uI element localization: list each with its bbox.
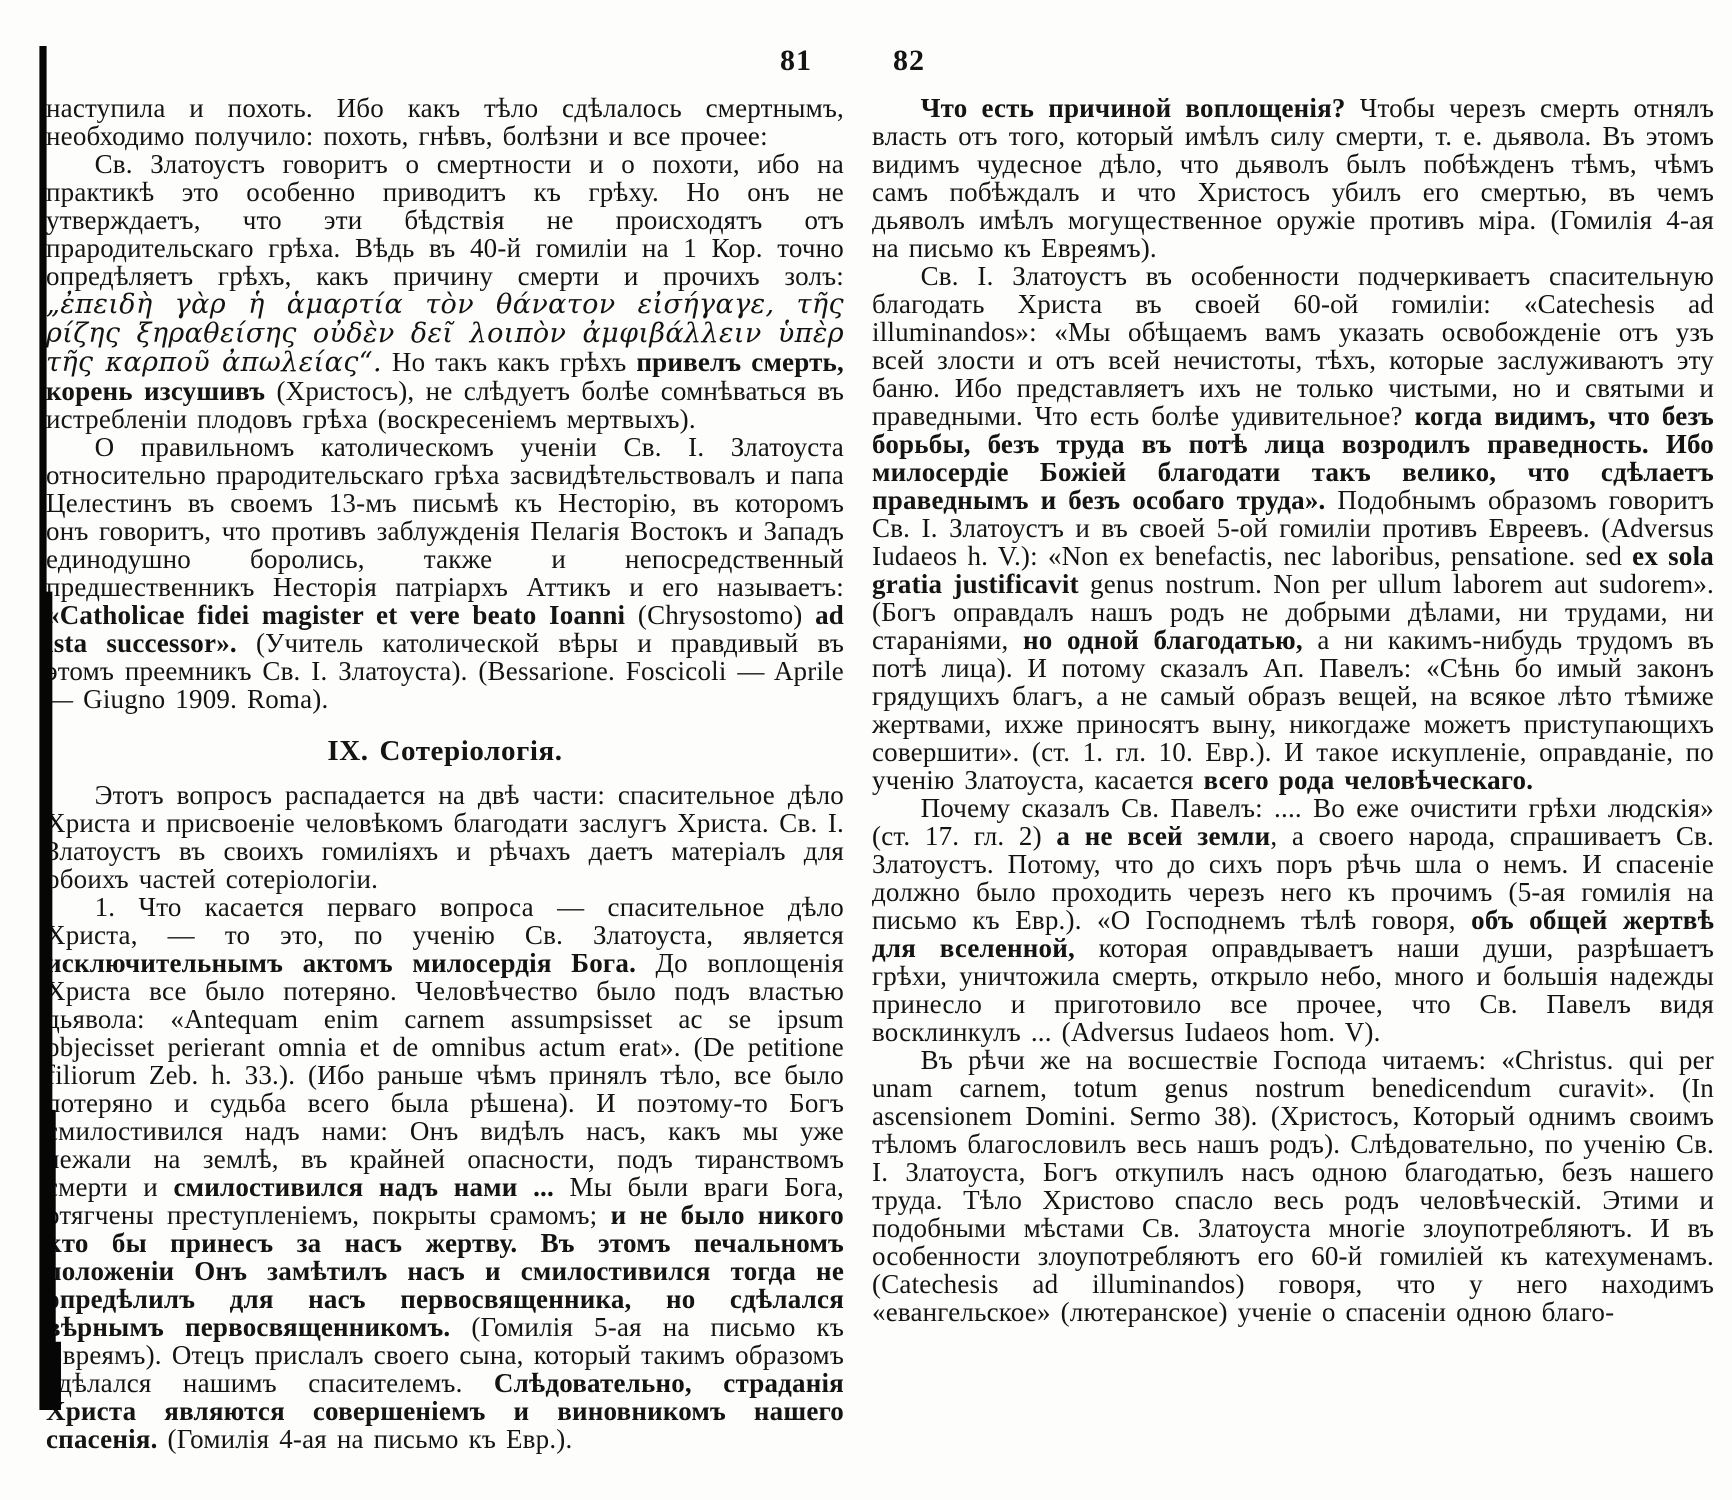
right-page-text-column: Что есть причиной воплощенія? Чтобы чере… — [872, 94, 1714, 1326]
paragraph: Что есть причиной воплощенія? Чтобы чере… — [872, 94, 1714, 262]
emphasis-text: исключительнымъ актомъ милосердія Бога. — [46, 948, 636, 978]
paragraph: Почему сказалъ Св. Павелъ: .... Во еже о… — [872, 794, 1714, 1046]
emphasis-text: смилостивился надъ нами ... — [173, 1172, 554, 1202]
body-text: (Гомилія 4-ая на письмо къ Евр.). — [158, 1424, 573, 1454]
left-page-text-column: наступила и похоть. Ибо какъ тѣло сдѣлал… — [46, 94, 844, 1453]
emphasis-text: Что есть причиной воплощенія? — [921, 93, 1346, 123]
body-text: (Chrysostomo) — [625, 600, 815, 630]
body-text: До воплощенія Христа все было потеряно. … — [46, 948, 844, 1202]
body-text: 1. Что касается перваго вопроса — спасит… — [46, 892, 844, 950]
paragraph: О правильномъ католическомъ ученіи Св. І… — [46, 433, 844, 713]
paragraph: Св. Златоустъ говоритъ о смертности и о … — [46, 150, 844, 433]
page-number-left: 81 — [780, 44, 812, 78]
body-text: наступила и похоть. Ибо какъ тѣло сдѣлал… — [46, 93, 844, 151]
paragraph: наступила и похоть. Ибо какъ тѣло сдѣлал… — [46, 94, 844, 150]
emphasis-text: но одной благодатью, — [1023, 625, 1303, 655]
page-number-right: 82 — [893, 44, 925, 78]
paragraph: Въ рѣчи же на восшествіе Господа читаемъ… — [872, 1046, 1714, 1326]
book-scan-spread: 81 82 наступила и похоть. Ибо какъ тѣло … — [0, 0, 1732, 1500]
emphasis-text: а не всей земли — [1056, 821, 1270, 851]
emphasis-text: всего рода человѣческаго. — [1204, 765, 1534, 795]
body-text: Въ рѣчи же на восшествіе Господа читаемъ… — [872, 1045, 1714, 1327]
body-text: Но такъ какъ грѣхъ — [382, 347, 636, 377]
body-text: О правильномъ католическомъ ученіи Св. І… — [46, 432, 844, 602]
paragraph: Св. І. Златоустъ въ особенности подчерки… — [872, 262, 1714, 794]
emphasis-text: «Catholicae fidei magister et vere beato… — [46, 600, 625, 630]
paragraph: 1. Что касается перваго вопроса — спасит… — [46, 893, 844, 1453]
paragraph: Этотъ вопросъ распадается на двѣ части: … — [46, 781, 844, 893]
body-text: Св. Златоустъ говоритъ о смертности и о … — [46, 149, 844, 291]
body-text: Этотъ вопросъ распадается на двѣ части: … — [46, 780, 844, 894]
section-heading: IX. Сотеріологія. — [46, 737, 844, 765]
